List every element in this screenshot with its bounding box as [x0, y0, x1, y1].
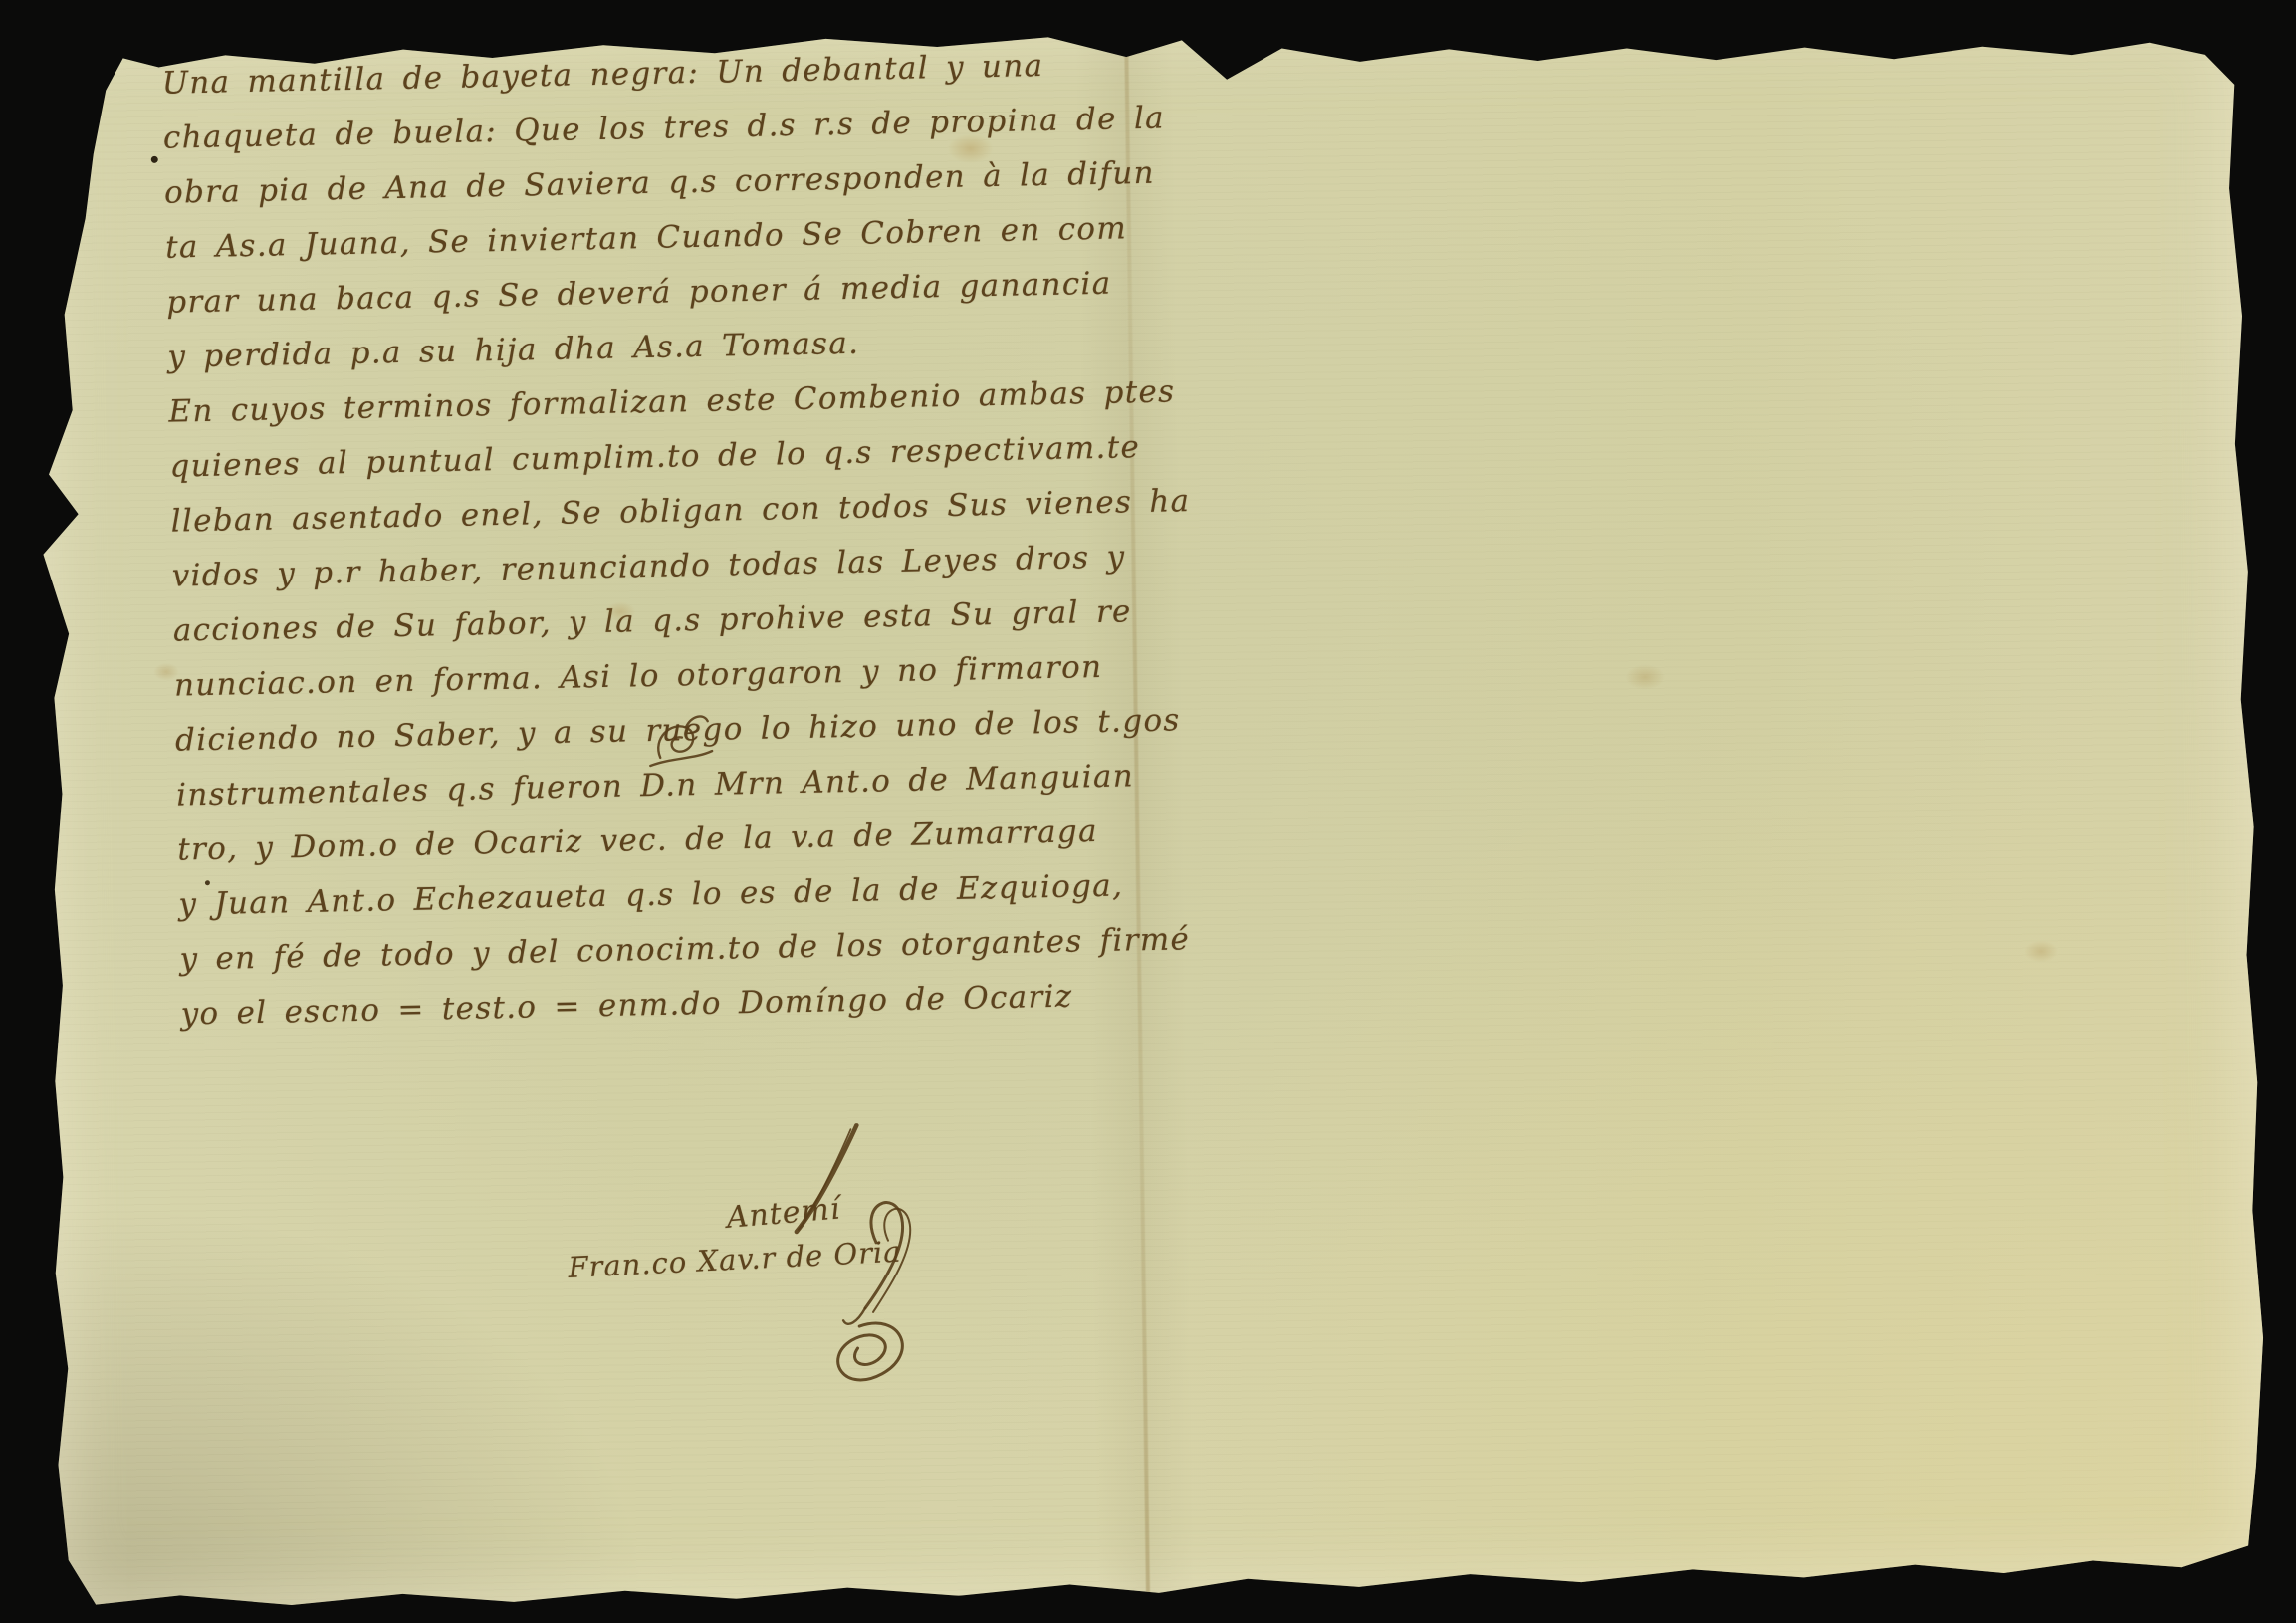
ink-dot [151, 156, 158, 163]
ink-dot [96, 113, 100, 116]
handwritten-text-block: Una mantilla de bayeta negra: Un debanta… [161, 37, 1152, 1042]
manuscript-right-page-blank [1128, 0, 2271, 1609]
ink-dot [205, 880, 210, 885]
line-end-flourish-icon [642, 707, 733, 788]
manuscript-scan: Una mantilla de bayeta negra: Un debanta… [0, 0, 2296, 1623]
paper-bifolium: Una mantilla de bayeta negra: Un debanta… [25, 0, 2271, 1623]
signature-block: Antemí Fran.co Xav.r de Oria [558, 1122, 950, 1406]
manuscript-left-page: Una mantilla de bayeta negra: Un debanta… [25, 12, 1146, 1623]
